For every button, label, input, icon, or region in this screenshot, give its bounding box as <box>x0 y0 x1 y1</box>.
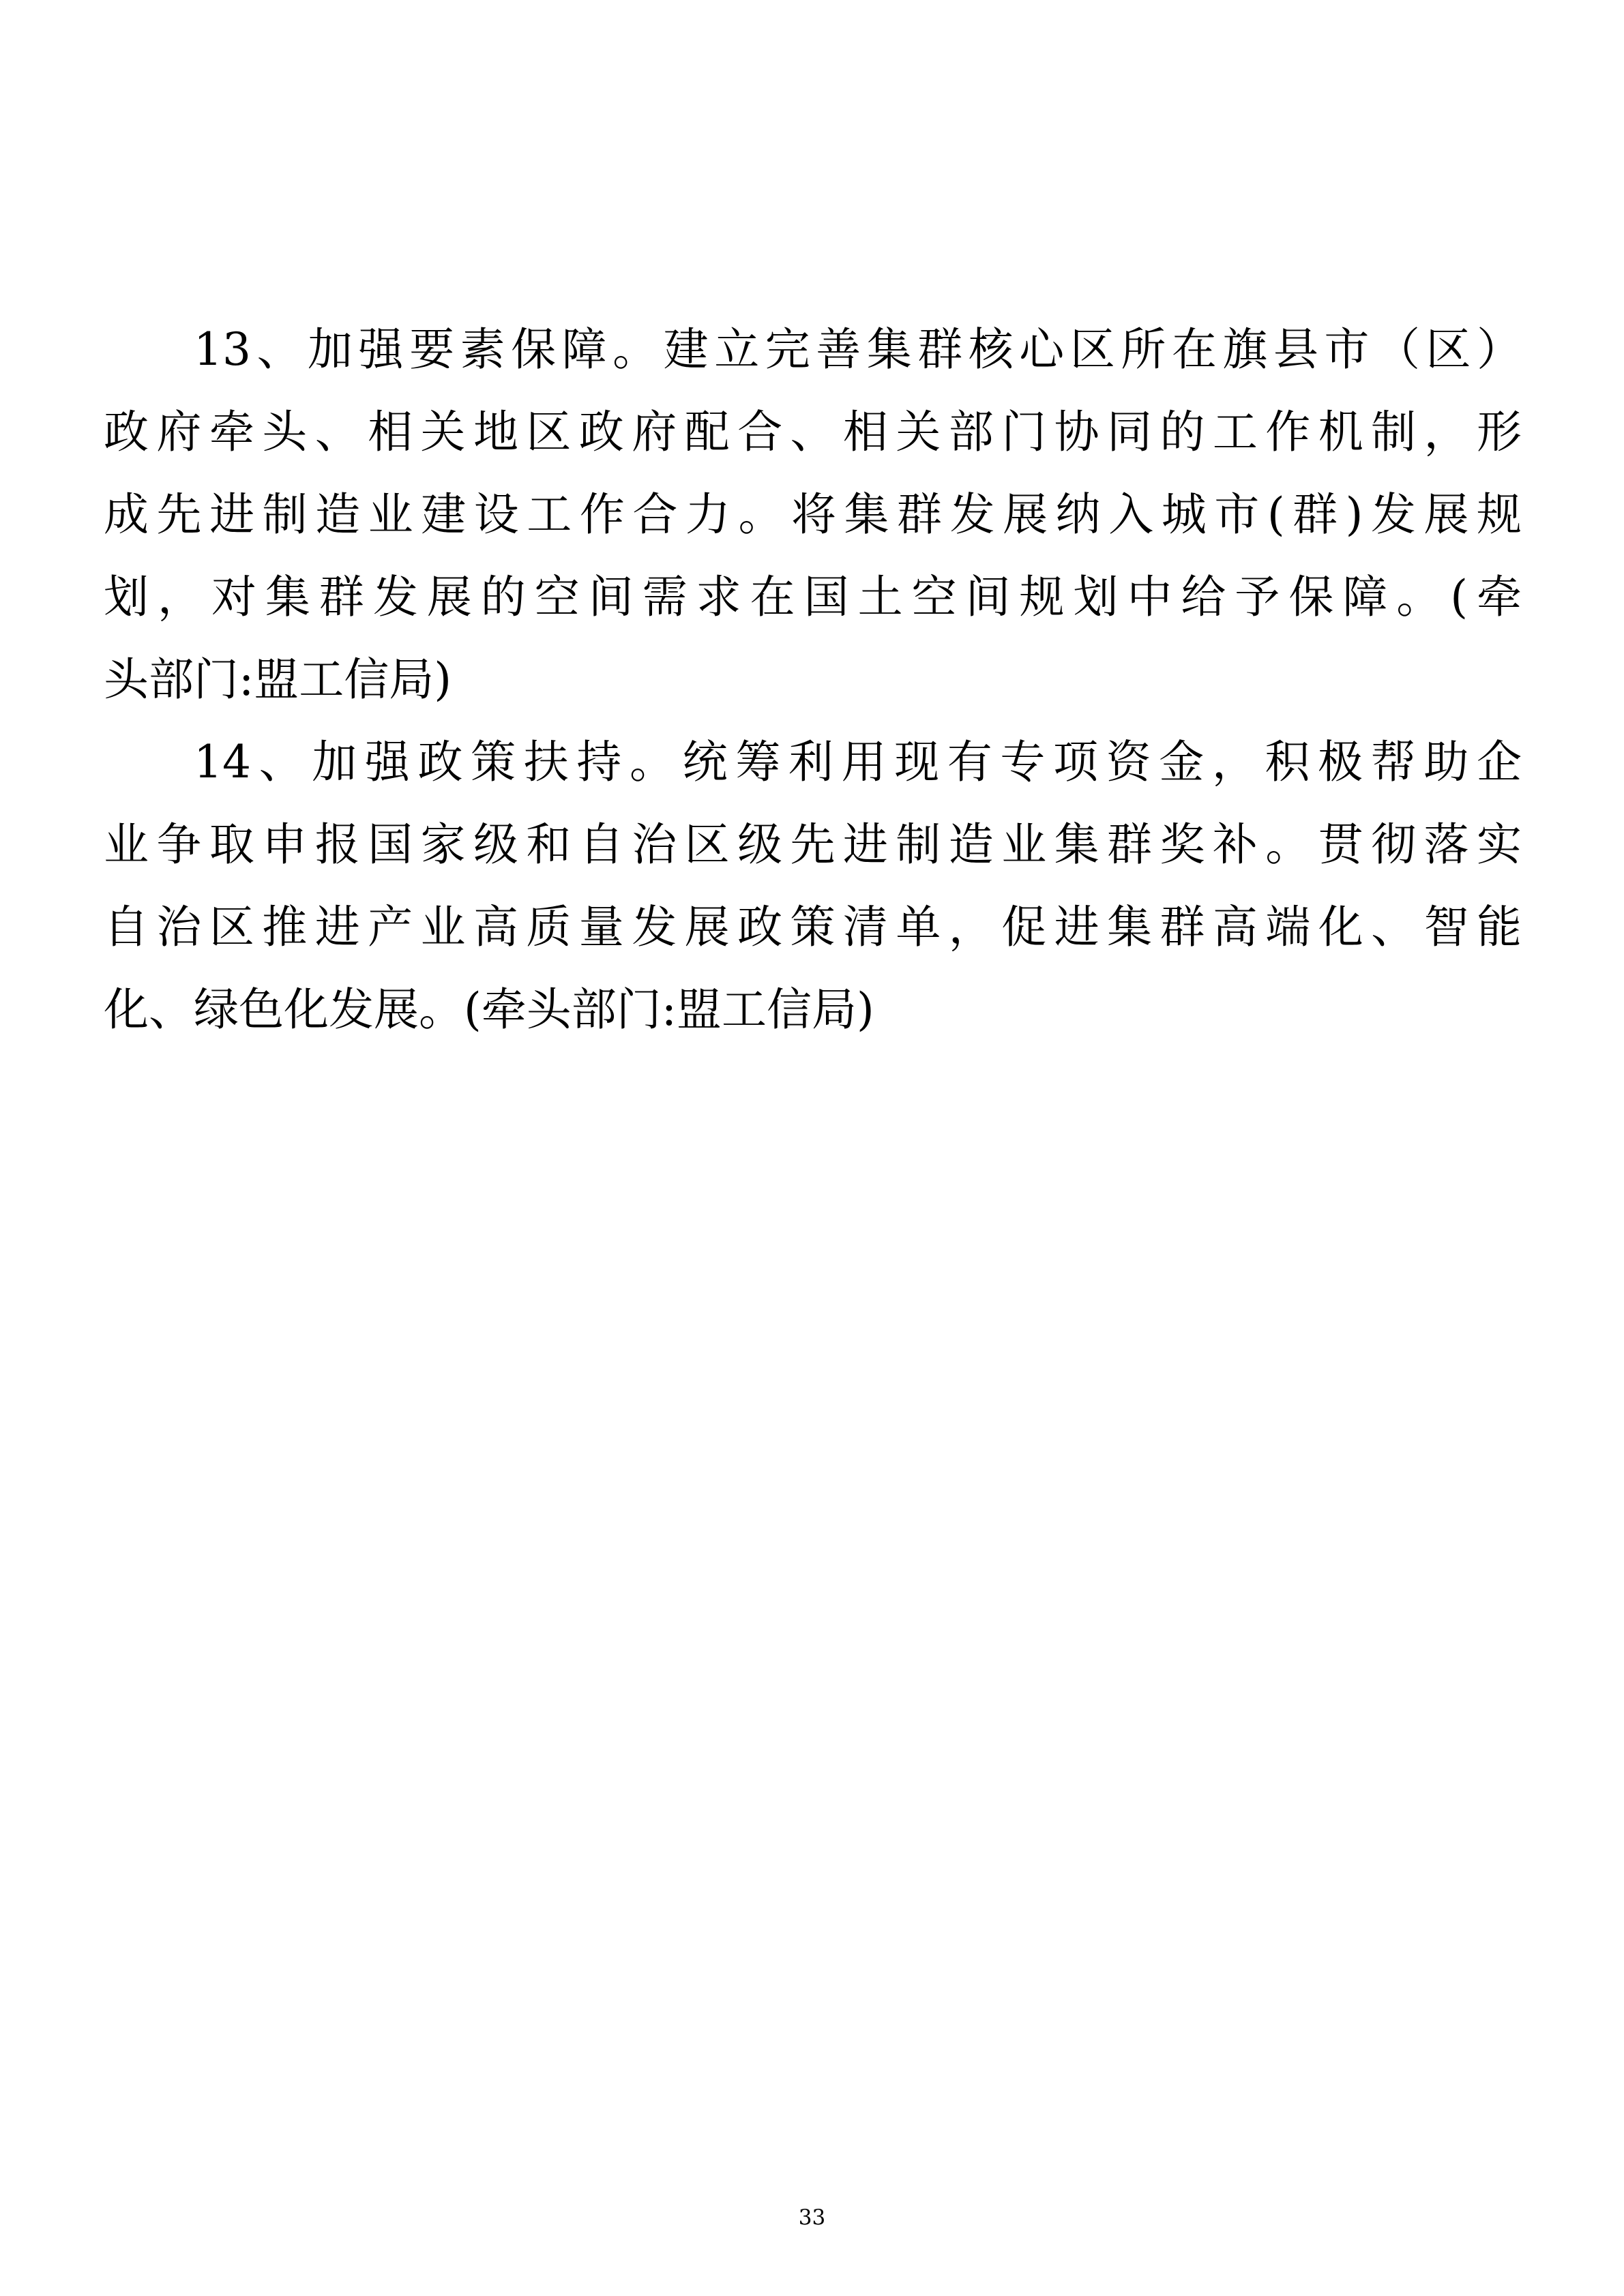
paragraph-13-line-5: 头部门:盟工信局) <box>104 638 1522 721</box>
paragraph-14-line-1: 14、加强政策扶持。统筹利用现有专项资金，积极帮助企 <box>104 721 1522 803</box>
paragraph-14-line-3: 自治区推进产业高质量发展政策清单，促进集群高端化、智能 <box>104 886 1522 968</box>
paragraph-14-line-2: 业争取申报国家级和自治区级先进制造业集群奖补。贯彻落实 <box>104 803 1522 886</box>
page-number: 33 <box>0 2204 1624 2231</box>
paragraph-13-line-2: 政府牵头、相关地区政府配合、相关部门协同的工作机制，形 <box>104 391 1522 473</box>
text-body: 13、加强要素保障。建立完善集群核心区所在旗县市（区） 政府牵头、相关地区政府配… <box>104 308 1522 1051</box>
paragraph-13-line-3: 成先进制造业建设工作合力。将集群发展纳入城市(群)发展规 <box>104 473 1522 556</box>
paragraph-13-line-1: 13、加强要素保障。建立完善集群核心区所在旗县市（区） <box>104 308 1522 391</box>
paragraph-14-line-4: 化、绿色化发展。(牵头部门:盟工信局) <box>104 968 1522 1051</box>
paragraph-13-line-4: 划，对集群发展的空间需求在国土空间规划中给予保障。(牵 <box>104 556 1522 638</box>
document-page: 13、加强要素保障。建立完善集群核心区所在旗县市（区） 政府牵头、相关地区政府配… <box>0 0 1624 2296</box>
